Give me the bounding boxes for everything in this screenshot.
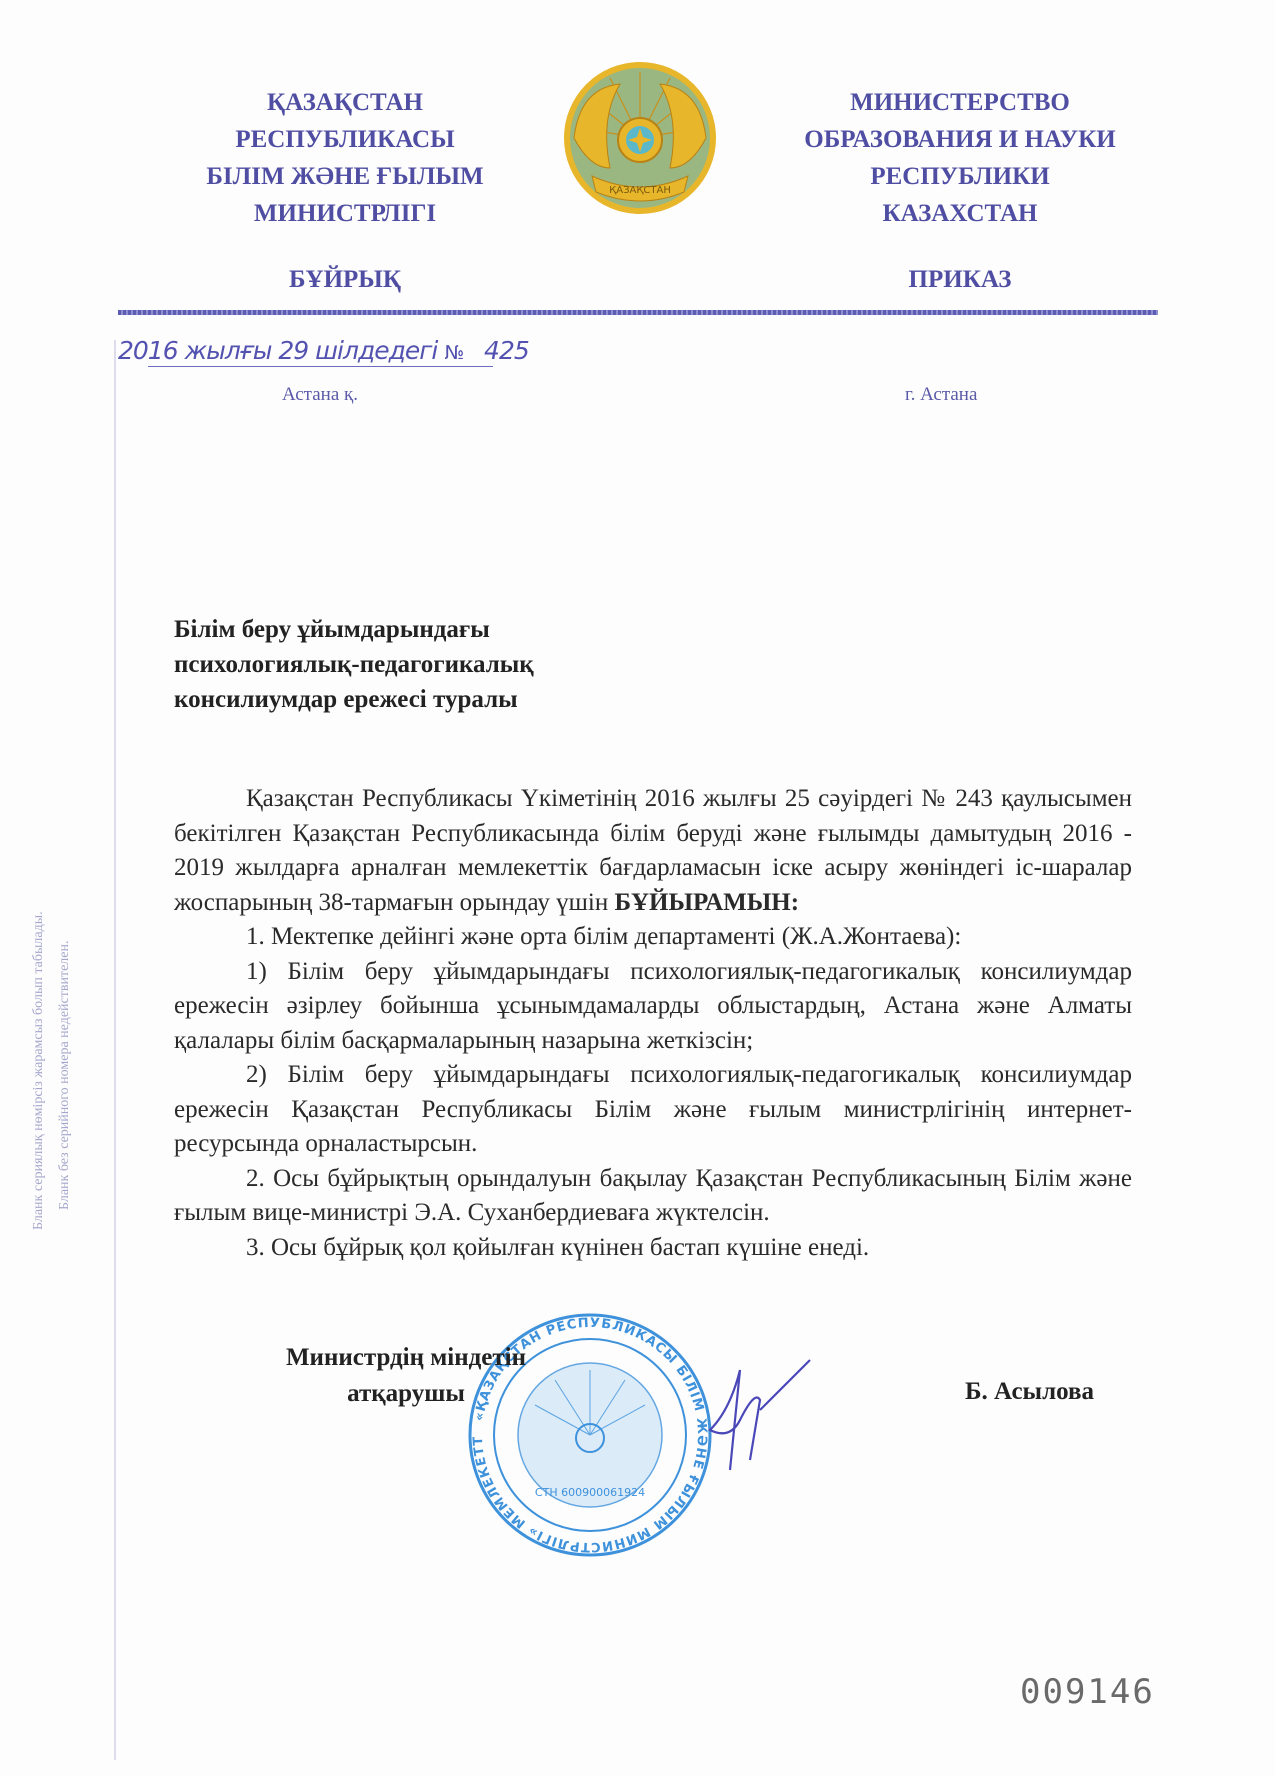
title-line: консилиумдар ережесі туралы [174,682,534,717]
header-russian-line: ОБРАЗОВАНИЯ И НАУКИ [760,121,1160,158]
svg-text:СТН 600900061924: СТН 600900061924 [535,1486,645,1499]
handwritten-signature-icon [700,1350,820,1480]
header-russian-line: КАЗАХСТАН [760,195,1160,232]
header-russian-line: МИНИСТЕРСТВО [760,84,1160,121]
header-kazakh-line: ҚАЗАҚСТАН [180,84,510,121]
document-body: Қазақстан Республикасы Үкіметінің 2016 ж… [174,782,1132,1265]
doc-kind-kazakh: БҰЙРЫҚ [180,266,510,294]
title-line: Білім беру ұйымдарындағы [174,612,534,647]
item-1: 1. Мектепке дейінгі және орта білім депа… [174,920,1132,955]
preamble-paragraph: Қазақстан Республикасы Үкіметінің 2016 ж… [174,782,1132,920]
state-emblem-icon: ҚАЗАҚСТАН [560,58,720,218]
item-2: 2. Осы бұйрықтың орындалуын бақылау Қаза… [174,1162,1132,1231]
title-line: психологиялық-педагогикалық [174,647,534,682]
header-russian-line: РЕСПУБЛИКИ [760,158,1160,195]
item-3: 3. Осы бұйрық қол қойылған күнінен баста… [174,1231,1132,1266]
form-serial-number: 009146 [1020,1672,1155,1712]
document-title: Білім беру ұйымдарындағы психологиялық-п… [174,612,534,717]
signatory-name: Б. Асылова [965,1378,1094,1406]
order-word: БҰЙЫРАМЫН: [614,889,799,916]
header-kazakh-line: МИНИСТРЛІГІ [180,195,510,232]
registration-number: 425 [484,336,529,365]
header-russian: МИНИСТЕРСТВО ОБРАЗОВАНИЯ И НАУКИ РЕСПУБЛ… [760,84,1160,232]
margin-line [114,340,116,1760]
registration-line: 2016 жылғы 29 шілдедегі № 425 [118,336,529,365]
signatory-role: Министрдің міндетін атқарушы [256,1340,556,1412]
blank-validity-note: Бланк сериялық нөмірсіз жарамсыз болып т… [26,911,78,1230]
doc-kind-russian: ПРИКАЗ [800,266,1120,294]
header-kazakh: ҚАЗАҚСТАН РЕСПУБЛИКАСЫ БІЛІМ ЖӘНЕ ҒЫЛЫМ … [180,84,510,232]
city-kazakh: Астана қ. [282,384,358,406]
registration-number-label: № [444,342,463,364]
registration-underline [148,366,493,367]
header-kazakh-line: БІЛІМ ЖӘНЕ ҒЫЛЫМ [180,158,510,195]
header-divider [118,310,1158,315]
registration-date: 2016 жылғы 29 шілдедегі [118,336,437,365]
item-1-1: 1) Білім беру ұйымдарындағы психологиялы… [174,955,1132,1059]
header-kazakh-line: РЕСПУБЛИКАСЫ [180,121,510,158]
svg-text:ҚАЗАҚСТАН: ҚАЗАҚСТАН [609,185,671,196]
city-russian: г. Астана [905,384,977,406]
item-1-2: 2) Білім беру ұйымдарындағы психологиялы… [174,1058,1132,1162]
